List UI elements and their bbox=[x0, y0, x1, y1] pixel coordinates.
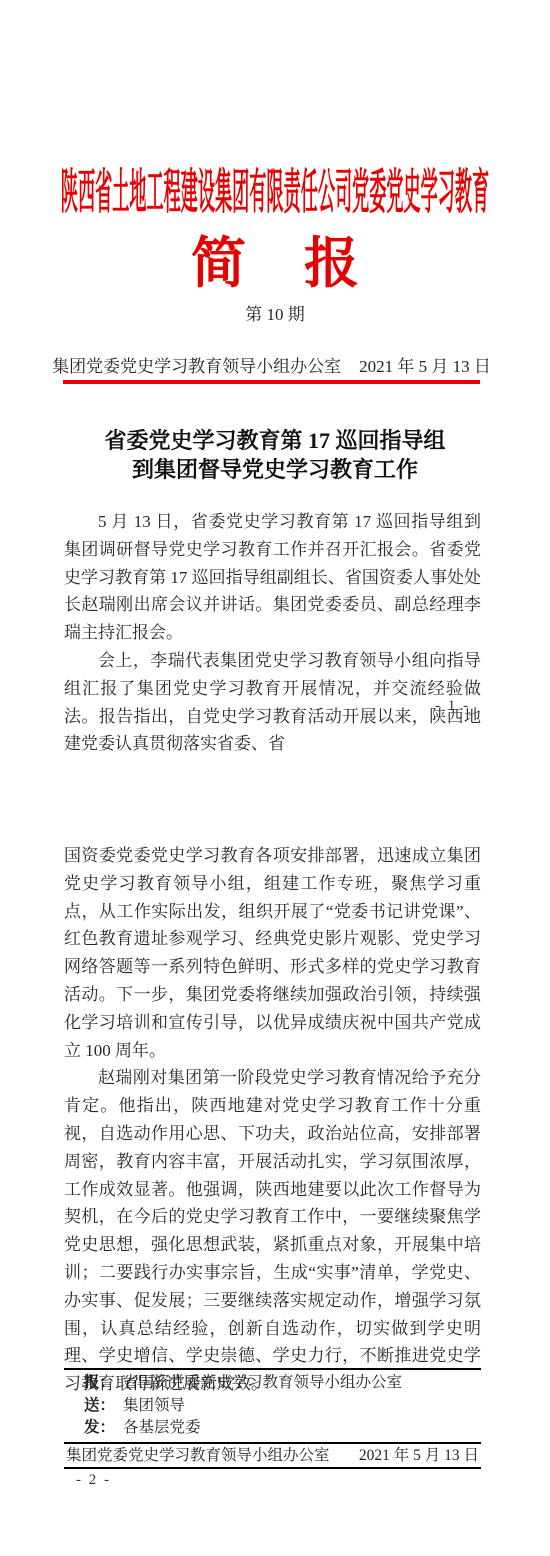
article-title: 省委党史学习教育第 17 巡回指导组 到集团督导党史学习教育工作 bbox=[0, 426, 550, 484]
masthead-title-text: 简报 bbox=[191, 236, 417, 291]
issuer-office: 集团党委党史学习教育领导小组办公室 bbox=[66, 1444, 330, 1467]
page2-body: 国资委党委党史学习教育各项安排部署，迅速成立集团党史学习教育领导小组，组建工作专… bbox=[64, 842, 481, 1398]
issue-label: 发： bbox=[84, 1419, 115, 1436]
distribution-row-report: 报：省国资党委党史学习教育领导小组办公室 bbox=[84, 1372, 481, 1395]
issue-number: 第 10 期 bbox=[0, 300, 550, 325]
issuer-row: 集团党委党史学习教育领导小组办公室 2021 年 5 月 13 日 bbox=[64, 1442, 481, 1469]
masthead-org-line: 陕西省土地工程建设集团有限责任公司党委党史学习教育 bbox=[0, 163, 550, 221]
page1-body: 5 月 13 日，省委党史学习教育第 17 巡回指导组到集团调研督导党史学习教育… bbox=[64, 508, 481, 758]
red-divider-rule bbox=[63, 380, 480, 384]
masthead-org-text: 陕西省土地工程建设集团有限责任公司党委党史学习教育 bbox=[61, 168, 489, 216]
distribution-row-send: 送：集团领导 bbox=[84, 1395, 481, 1418]
report-label: 报： bbox=[84, 1374, 115, 1391]
paragraph-1: 5 月 13 日，省委党史学习教育第 17 巡回指导组到集团调研督导党史学习教育… bbox=[64, 508, 481, 647]
send-label: 送： bbox=[84, 1397, 115, 1414]
issue-value: 各基层党委 bbox=[123, 1419, 201, 1436]
distribution-row-issue: 发：各基层党委 bbox=[84, 1417, 481, 1440]
paragraph-2-continued: 国资委党委党史学习教育各项安排部署，迅速成立集团党史学习教育领导小组，组建工作专… bbox=[64, 842, 481, 1064]
article-title-line1: 省委党史学习教育第 17 巡回指导组 bbox=[104, 428, 445, 453]
publish-date: 2021 年 5 月 13 日 bbox=[359, 352, 491, 377]
issuer-date: 2021 年 5 月 13 日 bbox=[359, 1444, 479, 1467]
distribution-table: 报：省国资党委党史学习教育领导小组办公室 送：集团领导 发：各基层党委 集团党委… bbox=[64, 1368, 481, 1469]
report-value: 省国资党委党史学习教育领导小组办公室 bbox=[123, 1374, 402, 1391]
paragraph-3: 赵瑞刚对集团第一阶段党史学习教育情况给予充分肯定。他指出，陕西地建对党史学习教育… bbox=[64, 1064, 481, 1398]
publisher-line: 集团党委党史学习教育领导小组办公室 2021 年 5 月 13 日 bbox=[63, 352, 480, 377]
paragraph-2: 会上，李瑞代表集团党史学习教育领导小组向指导组汇报了集团党史学习教育开展情况，并… bbox=[64, 647, 481, 758]
page-number-1: - 1 - bbox=[435, 698, 470, 715]
page-number-2: - 2 - bbox=[76, 1472, 111, 1489]
bulletin-document: 陕西省土地工程建设集团有限责任公司党委党史学习教育 简报 第 10 期 集团党委… bbox=[0, 0, 550, 1556]
send-value: 集团领导 bbox=[123, 1397, 185, 1414]
distribution-rows: 报：省国资党委党史学习教育领导小组办公室 送：集团领导 发：各基层党委 bbox=[64, 1370, 481, 1442]
article-title-line2: 到集团督导党史学习教育工作 bbox=[132, 457, 418, 482]
masthead-title: 简报 bbox=[0, 228, 550, 298]
publisher-office: 集团党委党史学习教育领导小组办公室 bbox=[52, 352, 341, 377]
